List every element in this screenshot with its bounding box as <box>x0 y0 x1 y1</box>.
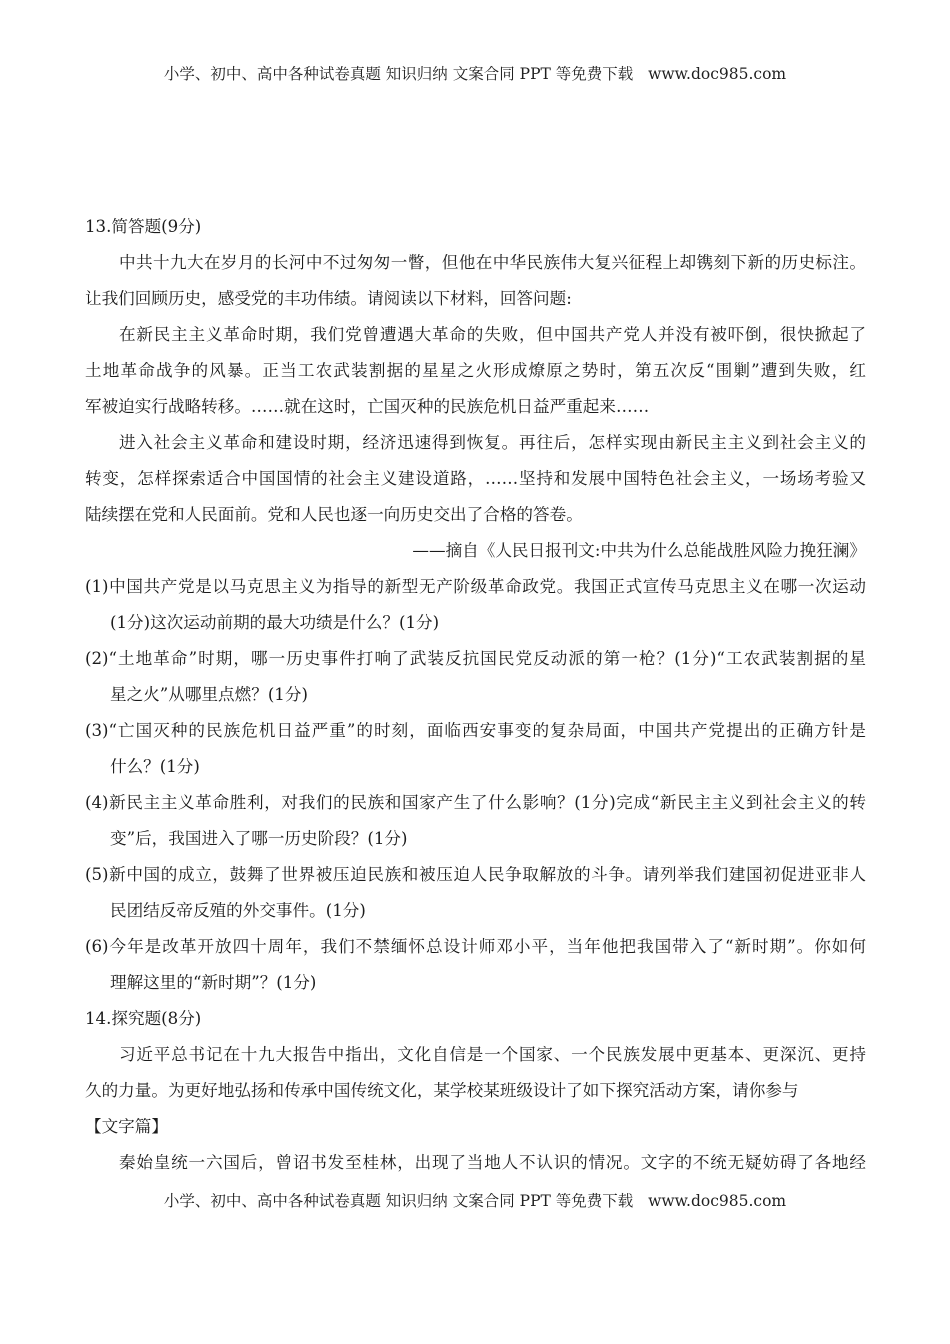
text-line: (2)“土地革命”时期，哪一历史事件打响了武装反抗国民党反动派的第一枪？(1分)… <box>85 641 866 677</box>
text-line: (6)今年是改革开放四十周年，我们不禁缅怀总设计师邓小平，当年他把我国带入了“新… <box>85 929 866 965</box>
text-line: 秦始皇统一六国后，曾诏书发至桂林，出现了当地人不认识的情况。文字的不统无疑妨碍了… <box>85 1145 866 1181</box>
text-line: (1分)这次运动前期的最大功绩是什么？(1分) <box>85 605 866 641</box>
text-line: 让我们回顾历史，感受党的丰功伟绩。请阅读以下材料，回答问题: <box>85 281 866 317</box>
exam-paper-page: 小学、初中、高中各种试卷真题 知识归纳 文案合同 PPT 等免费下载 www.d… <box>0 0 950 1344</box>
text-line: (3)“亡国灭种的民族危机日益严重”的时刻，面临西安事变的复杂局面，中国共产党提… <box>85 713 866 749</box>
text-line: 军被迫实行战略转移。……就在这时，亡国灭种的民族危机日益严重起来…… <box>85 389 866 425</box>
text-line: 陆续摆在党和人民面前。党和人民也逐一向历史交出了合格的答卷。 <box>85 497 866 533</box>
text-line: 理解这里的“新时期”？(1分) <box>85 965 866 1001</box>
text-line: 民团结反帝反殖的外交事件。(1分) <box>85 893 866 929</box>
text-line: ——摘自《人民日报刊文:中共为什么总能战胜风险力挽狂澜》 <box>85 533 866 569</box>
text-line: 久的力量。为更好地弘扬和传承中国传统文化，某学校某班级设计了如下探究活动方案，请… <box>85 1073 866 1109</box>
text-line: 14.探究题(8分) <box>85 1001 866 1037</box>
text-line: 土地革命战争的风暴。正当工农武装割据的星星之火形成燎原之势时，第五次反“围剿”遭… <box>85 353 866 389</box>
text-line: 在新民主主义革命时期，我们党曾遭遇大革命的失败，但中国共产党人并没有被吓倒，很快… <box>85 317 866 353</box>
text-line: 13.简答题(9分) <box>85 209 866 245</box>
page-footer-watermark: 小学、初中、高中各种试卷真题 知识归纳 文案合同 PPT 等免费下载 www.d… <box>0 1191 950 1211</box>
text-line: (5)新中国的成立，鼓舞了世界被压迫民族和被压迫人民争取解放的斗争。请列举我们建… <box>85 857 866 893</box>
text-line: 进入社会主义革命和建设时期，经济迅速得到恢复。再往后，怎样实现由新民主主义到社会… <box>85 425 866 461</box>
text-line: (1)中国共产党是以马克思主义为指导的新型无产阶级革命政党。我国正式宣传马克思主… <box>85 569 866 605</box>
page-header-watermark: 小学、初中、高中各种试卷真题 知识归纳 文案合同 PPT 等免费下载 www.d… <box>0 64 950 84</box>
text-line: (4)新民主主义革命胜利，对我们的民族和国家产生了什么影响？(1分)完成“新民主… <box>85 785 866 821</box>
text-line: 星之火”从哪里点燃？(1分) <box>85 677 866 713</box>
text-line: 习近平总书记在十九大报告中指出，文化自信是一个国家、一个民族发展中更基本、更深沉… <box>85 1037 866 1073</box>
document-body: 13.简答题(9分)中共十九大在岁月的长河中不过匆匆一瞥，但他在中华民族伟大复兴… <box>85 209 866 1181</box>
text-line: 【文字篇】 <box>85 1109 866 1145</box>
text-line: 转变，怎样探索适合中国国情的社会主义建设道路，……坚持和发展中国特色社会主义，一… <box>85 461 866 497</box>
text-line: 变”后，我国进入了哪一历史阶段？(1分) <box>85 821 866 857</box>
text-line: 什么？(1分) <box>85 749 866 785</box>
text-line: 中共十九大在岁月的长河中不过匆匆一瞥，但他在中华民族伟大复兴征程上却镌刻下新的历… <box>85 245 866 281</box>
